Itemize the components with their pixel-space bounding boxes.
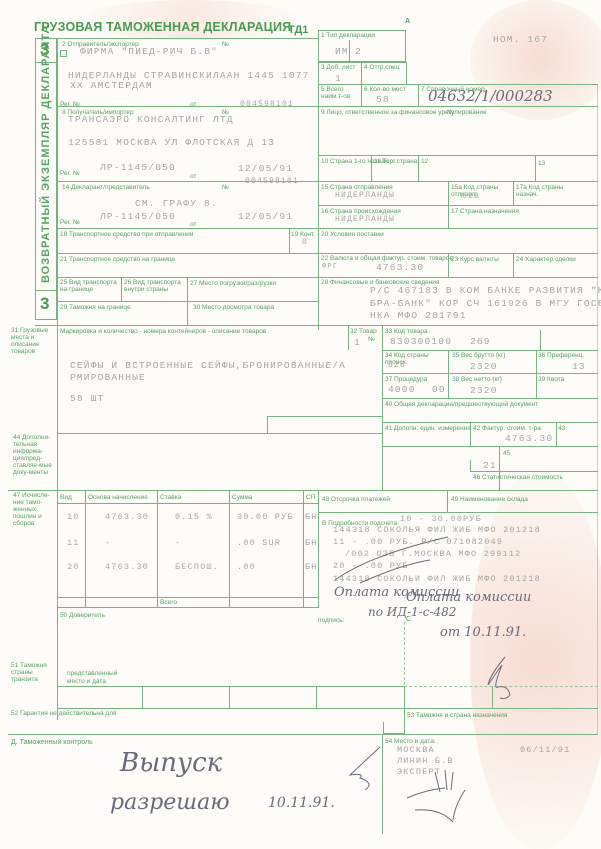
divider	[382, 446, 598, 447]
net-weight[interactable]: 2320	[470, 385, 498, 396]
handwritten-release: Выпуск	[120, 748, 222, 778]
divider	[470, 422, 471, 447]
divider	[361, 62, 362, 84]
box-16-label: 16 Страна происхождения	[321, 208, 401, 215]
table-header: Основа начисления	[88, 494, 148, 501]
divider	[447, 490, 448, 512]
stamp-number: НОМ. 167	[493, 34, 548, 45]
divider	[267, 416, 268, 433]
table-cell[interactable]: 4763.30	[105, 512, 149, 522]
divider	[57, 503, 319, 504]
bank-details-1[interactable]: Р/С 467183 В КОМ БАНКЕ РАЗВИТИЯ "КО	[370, 285, 601, 296]
commodity-code[interactable]: 830300100	[390, 336, 452, 347]
box-35-label: 35 Вес брутто (кг)	[452, 352, 505, 359]
currency[interactable]: ФРГ	[322, 263, 338, 271]
divider	[513, 253, 514, 277]
bank-details-2[interactable]: БРА-БАНК" КОР СЧ 161926 В МГУ ГОСБА	[370, 298, 601, 309]
declaration-date[interactable]: 06/11/91	[520, 745, 570, 755]
origin-country[interactable]: НИДЕРЛАНДЫ	[335, 215, 395, 224]
signature-label: подпись:	[318, 617, 344, 624]
recipient-number[interactable]: 004598101	[240, 100, 294, 109]
divider	[318, 62, 406, 63]
box-11-label: 11 Торг.страна	[374, 158, 417, 165]
box-18-label: 18 Транспортное средство при отправлении	[60, 231, 193, 238]
divider	[35, 290, 57, 291]
box-38-label: 38 Вес нетто (кг)	[452, 376, 502, 383]
table-cell[interactable]: .00	[237, 562, 256, 572]
divider	[556, 422, 557, 447]
corner-letter: A	[405, 18, 410, 25]
divider	[448, 350, 449, 398]
box-8-from-label: от	[190, 173, 196, 180]
divider	[57, 597, 319, 598]
presented-label: представленный	[67, 670, 117, 677]
bank-details-3[interactable]: НКА МФО 201791	[370, 310, 467, 321]
recipient-address[interactable]: 125581 МОСКВА УЛ ФЛОТСКАЯ Д 13	[68, 137, 275, 148]
box-17-label: 17 Страна назначения	[451, 208, 519, 215]
document-title: ГРУЗОВАЯ ТАМОЖЕННАЯ ДЕКЛАРАЦИЯ	[34, 20, 291, 34]
reference-number[interactable]: 04632/1/000283	[428, 87, 553, 105]
table-cell[interactable]: 4763.30	[105, 562, 149, 572]
divider	[382, 350, 598, 351]
divider	[318, 205, 598, 206]
total-label: Всего	[160, 599, 177, 606]
goods-description-1[interactable]: СЕЙФЫ И ВСТРОЕННЫЕ СЕЙФЫ,БРОНИРОВАННЫЕ/А	[70, 360, 346, 371]
handwritten-date: от 10.11.91.	[440, 625, 526, 640]
box-4-label: 4 Отгр.спец	[364, 64, 399, 71]
divider	[289, 228, 290, 253]
handwritten-note-3: по ИД-1-с-482	[368, 605, 456, 619]
box-12-label: 12	[421, 158, 428, 165]
divider	[316, 686, 317, 708]
divider	[406, 62, 407, 84]
divider	[348, 325, 349, 350]
box-15a-label: 15а Код страны отправл.	[451, 184, 511, 198]
table-header: Ставка	[160, 494, 181, 501]
divider	[597, 84, 598, 734]
declarant-number[interactable]: 004598101	[245, 177, 299, 186]
signature	[345, 745, 385, 795]
handwritten-release-date: 10.11.91.	[268, 795, 335, 811]
box-32-label: 32 Товар	[350, 328, 377, 335]
box-14-label: 14 Декларант/представитель	[62, 184, 150, 191]
box-45-label: 45	[503, 450, 510, 457]
table-cell[interactable]: 20	[67, 562, 80, 572]
additional-sheets[interactable]: 1	[335, 73, 342, 84]
box-17a-label: 17а Код страны назнач.	[516, 184, 576, 198]
table-cell[interactable]: 10	[67, 512, 80, 522]
box-2-checkbox[interactable]	[60, 50, 67, 57]
box-41-label: 41 Дополн. един. измерения	[385, 425, 471, 432]
divider	[157, 490, 158, 607]
table-cell[interactable]: БН	[305, 562, 318, 572]
box-53-label: 53 Таможня и страна назначения	[407, 712, 507, 719]
box-39-label: 39 Квота	[538, 376, 564, 383]
c-label: С	[406, 616, 411, 623]
item-number[interactable]: 1	[354, 337, 361, 348]
box-8-reg-label: Рег. №	[60, 170, 80, 177]
place-date-label: место и дата	[67, 678, 106, 685]
divider	[57, 301, 319, 302]
box-40-label: 40 Общая декларация/предшествующий докум…	[385, 401, 538, 408]
box-29-label: 29 Таможня на границе	[60, 304, 131, 311]
divider	[535, 155, 536, 182]
commodity-code-extra[interactable]: 269	[470, 336, 491, 347]
divider	[418, 155, 419, 182]
box-54-label: 54 Место и дата:	[385, 738, 436, 745]
divider	[318, 490, 319, 607]
table-cell[interactable]: -	[105, 538, 111, 548]
divider	[318, 106, 598, 107]
table-cell[interactable]: БН	[305, 512, 318, 522]
divider	[361, 84, 362, 106]
departure-country-code[interactable]: 528	[462, 192, 480, 201]
table-cell[interactable]: 30.00 РУБ	[237, 512, 294, 522]
preference-code[interactable]: 13	[572, 361, 586, 372]
box-46-label: 46 Статистическая стоимость	[473, 474, 563, 481]
divider	[492, 686, 493, 708]
divider	[57, 228, 598, 229]
departure-country[interactable]: НИДЕРЛАНДЫ	[335, 191, 395, 200]
box-43-label: 43	[558, 425, 565, 432]
divider	[318, 30, 319, 330]
divider	[318, 253, 598, 254]
table-cell[interactable]: .00 SUR	[237, 538, 281, 548]
box-36-label: 36 Преференц.	[538, 352, 584, 359]
handwritten-approval: разрешаю	[110, 790, 230, 815]
table-header: Сумма	[232, 494, 252, 501]
table-cell[interactable]: 11	[67, 538, 80, 548]
box-42-label: 42 Фактур. стоим. т-ра	[473, 425, 541, 432]
box-22-label: 22 Валюта и общая фактур. стоим. товаров	[321, 255, 453, 262]
strike-through-lines	[330, 535, 450, 585]
box-21-label: 21 Транспортное средство на границе	[60, 256, 175, 263]
form-code: ТД1	[288, 24, 308, 36]
box-31-label: Маркировка и количество - номера контейн…	[60, 328, 266, 335]
box-47-side-label: 47 Исчисле-ние тамо-женных пошлин и сбор…	[13, 492, 53, 527]
procedure-code[interactable]: 4000	[388, 384, 416, 395]
box-37-label: 37 Процедура	[385, 376, 427, 383]
packages-count[interactable]: 58	[376, 94, 390, 105]
box-5-label: 5 Всего наим.т-ов	[321, 86, 361, 100]
declaration-type-a[interactable]: ИМ	[335, 46, 349, 57]
box-51-side-label: 51 Таможня страны транзита	[11, 662, 55, 683]
divider	[382, 422, 598, 423]
goods-description-2[interactable]: РМИРОВАННЫЕ	[70, 372, 146, 383]
divider	[382, 373, 598, 374]
vertical-band-text: ВОЗВРАТНЫЙ ЭКЗЕМПЛЯР ДЕКЛАРАНТА	[40, 25, 52, 283]
divider	[57, 686, 405, 687]
divider	[318, 84, 598, 85]
divider	[448, 253, 449, 277]
divider	[404, 622, 405, 685]
box-3-label: 3 Доб. лист	[321, 64, 356, 71]
divider	[349, 40, 350, 62]
box-32-no-label: №	[368, 336, 375, 343]
divider	[404, 686, 405, 708]
declarant-reg-number[interactable]: ЛР-1145/050	[100, 211, 176, 222]
box-14-reg-label: Рег. №	[60, 219, 80, 226]
divider	[229, 686, 230, 708]
box-20-label: 20 Условия поставки	[321, 231, 384, 238]
table-cell[interactable]: 0.15 %	[175, 512, 213, 522]
sender-name[interactable]: ФИРМА "ПИЕД-РИЧ Б.В"	[80, 46, 218, 57]
box-23-label: 23 Курс валюты	[451, 256, 499, 263]
divider	[382, 734, 383, 834]
procedure-code-extra[interactable]: 00	[432, 384, 446, 395]
declaration-type-b[interactable]: 2	[355, 46, 362, 57]
signature	[405, 770, 485, 825]
divider	[57, 38, 319, 39]
box-14-from-label: от	[190, 221, 196, 228]
copy-number-bottom: 3	[40, 294, 49, 314]
divider	[318, 512, 598, 513]
divider	[57, 277, 319, 278]
container-flag[interactable]: 0	[302, 238, 308, 247]
declarant-name[interactable]: СМ. ГРАФУ 8.	[135, 198, 218, 209]
divider	[229, 490, 230, 607]
divider	[536, 350, 537, 398]
box-15-label: 15 Страна отправления	[321, 184, 393, 191]
box-31-side-label: 31 Грузовые места и описание товаров	[11, 327, 51, 355]
divider	[142, 686, 143, 708]
table-header: Вид	[60, 494, 72, 501]
divider	[303, 490, 304, 607]
box-33-label: 33 Код товара	[385, 328, 428, 335]
handwritten-note-2: Оплата комиссии	[406, 590, 531, 605]
total-invoice-value[interactable]: 4763.30	[376, 262, 424, 273]
recipient-reg-number[interactable]: ЛР-1145/050	[100, 162, 176, 173]
box-14-no-label: №	[222, 184, 229, 191]
calculation-line[interactable]: 10 - 30.00РУБ	[400, 514, 482, 524]
box-26-label: 26 Вид транспорта внутри страны	[124, 279, 188, 293]
box-49-label: 49 Наименование склада	[451, 496, 528, 503]
officer-name[interactable]: ЛИНИН Б.В	[397, 756, 454, 766]
box-50-label: 50 Доверитель	[60, 612, 105, 619]
box-9-no-label: №	[447, 109, 454, 116]
divider	[382, 398, 598, 399]
declarant-reg-date[interactable]: 12/05/91	[238, 211, 293, 222]
box-25-label: 25 Вид транспорта на границе	[60, 279, 122, 293]
calculation-line[interactable]: 144318 СОКОЛЬЯ ФИЛ ЖИБ МФО 201218	[333, 525, 541, 535]
box-45-prefix-value[interactable]: 21	[483, 460, 497, 471]
sender-address-2[interactable]: ХХ АМСТЕРДАМ	[70, 80, 153, 91]
box-13-label: 13	[538, 160, 545, 167]
divider	[85, 490, 86, 607]
place[interactable]: МОСКВА	[397, 745, 435, 755]
recipient-reg-date[interactable]: 12/05/91	[238, 163, 293, 174]
origin-country-code[interactable]: 528	[388, 361, 406, 370]
goods-quantity[interactable]: 58 ШТ	[70, 393, 105, 404]
divider	[513, 181, 514, 206]
box-52-label: 52 Гарантия не действительна для	[11, 710, 117, 717]
gross-weight[interactable]: 2320	[470, 361, 498, 372]
box-d-label: Д. Таможенный контроль	[11, 739, 93, 746]
divider	[57, 708, 598, 709]
box-44-side-label: 44 Дополни-тельная информа-ция/пред-став…	[13, 434, 53, 476]
divider	[418, 84, 419, 106]
divider	[404, 708, 405, 734]
item-invoice-value[interactable]: 4763.30	[505, 433, 553, 444]
divider	[318, 277, 598, 278]
divider	[57, 181, 598, 182]
divider	[57, 607, 319, 608]
divider	[540, 330, 541, 350]
divider	[35, 325, 598, 326]
recipient-name[interactable]: ТРАНСАЭРО КОНСАЛТИНГ ЛТД	[68, 114, 234, 125]
table-header: СП	[306, 494, 315, 501]
box-27-label: 27 Место погрузки/разгрузки	[190, 280, 276, 287]
box-19-label: 19 Конт.	[291, 231, 315, 238]
table-cell[interactable]: БЕСПОШ.	[175, 562, 219, 572]
divider	[57, 490, 58, 607]
box-48-label: 48 Отсрочка платежей	[322, 496, 390, 503]
divider	[499, 446, 500, 491]
box-30-label: 30 Место досмотра товара	[193, 304, 274, 311]
box-9-label: 9 Лицо, ответственное за финансовое урег…	[321, 109, 487, 116]
box-2-no-label: №	[222, 41, 229, 48]
box-24-label: 24 Характер сделки	[516, 256, 576, 263]
table-cell[interactable]: БН	[305, 538, 318, 548]
signature	[480, 655, 515, 700]
divider	[57, 253, 319, 254]
divider	[318, 155, 598, 156]
divider	[470, 471, 598, 472]
table-cell[interactable]: -	[175, 538, 181, 548]
box-1-label: 1 Тип декларации	[321, 32, 375, 39]
divider	[267, 416, 383, 417]
divider	[57, 433, 383, 434]
divider	[57, 38, 58, 720]
divider	[8, 734, 598, 735]
box-6-label: 6 Кол-во мест	[364, 86, 406, 93]
